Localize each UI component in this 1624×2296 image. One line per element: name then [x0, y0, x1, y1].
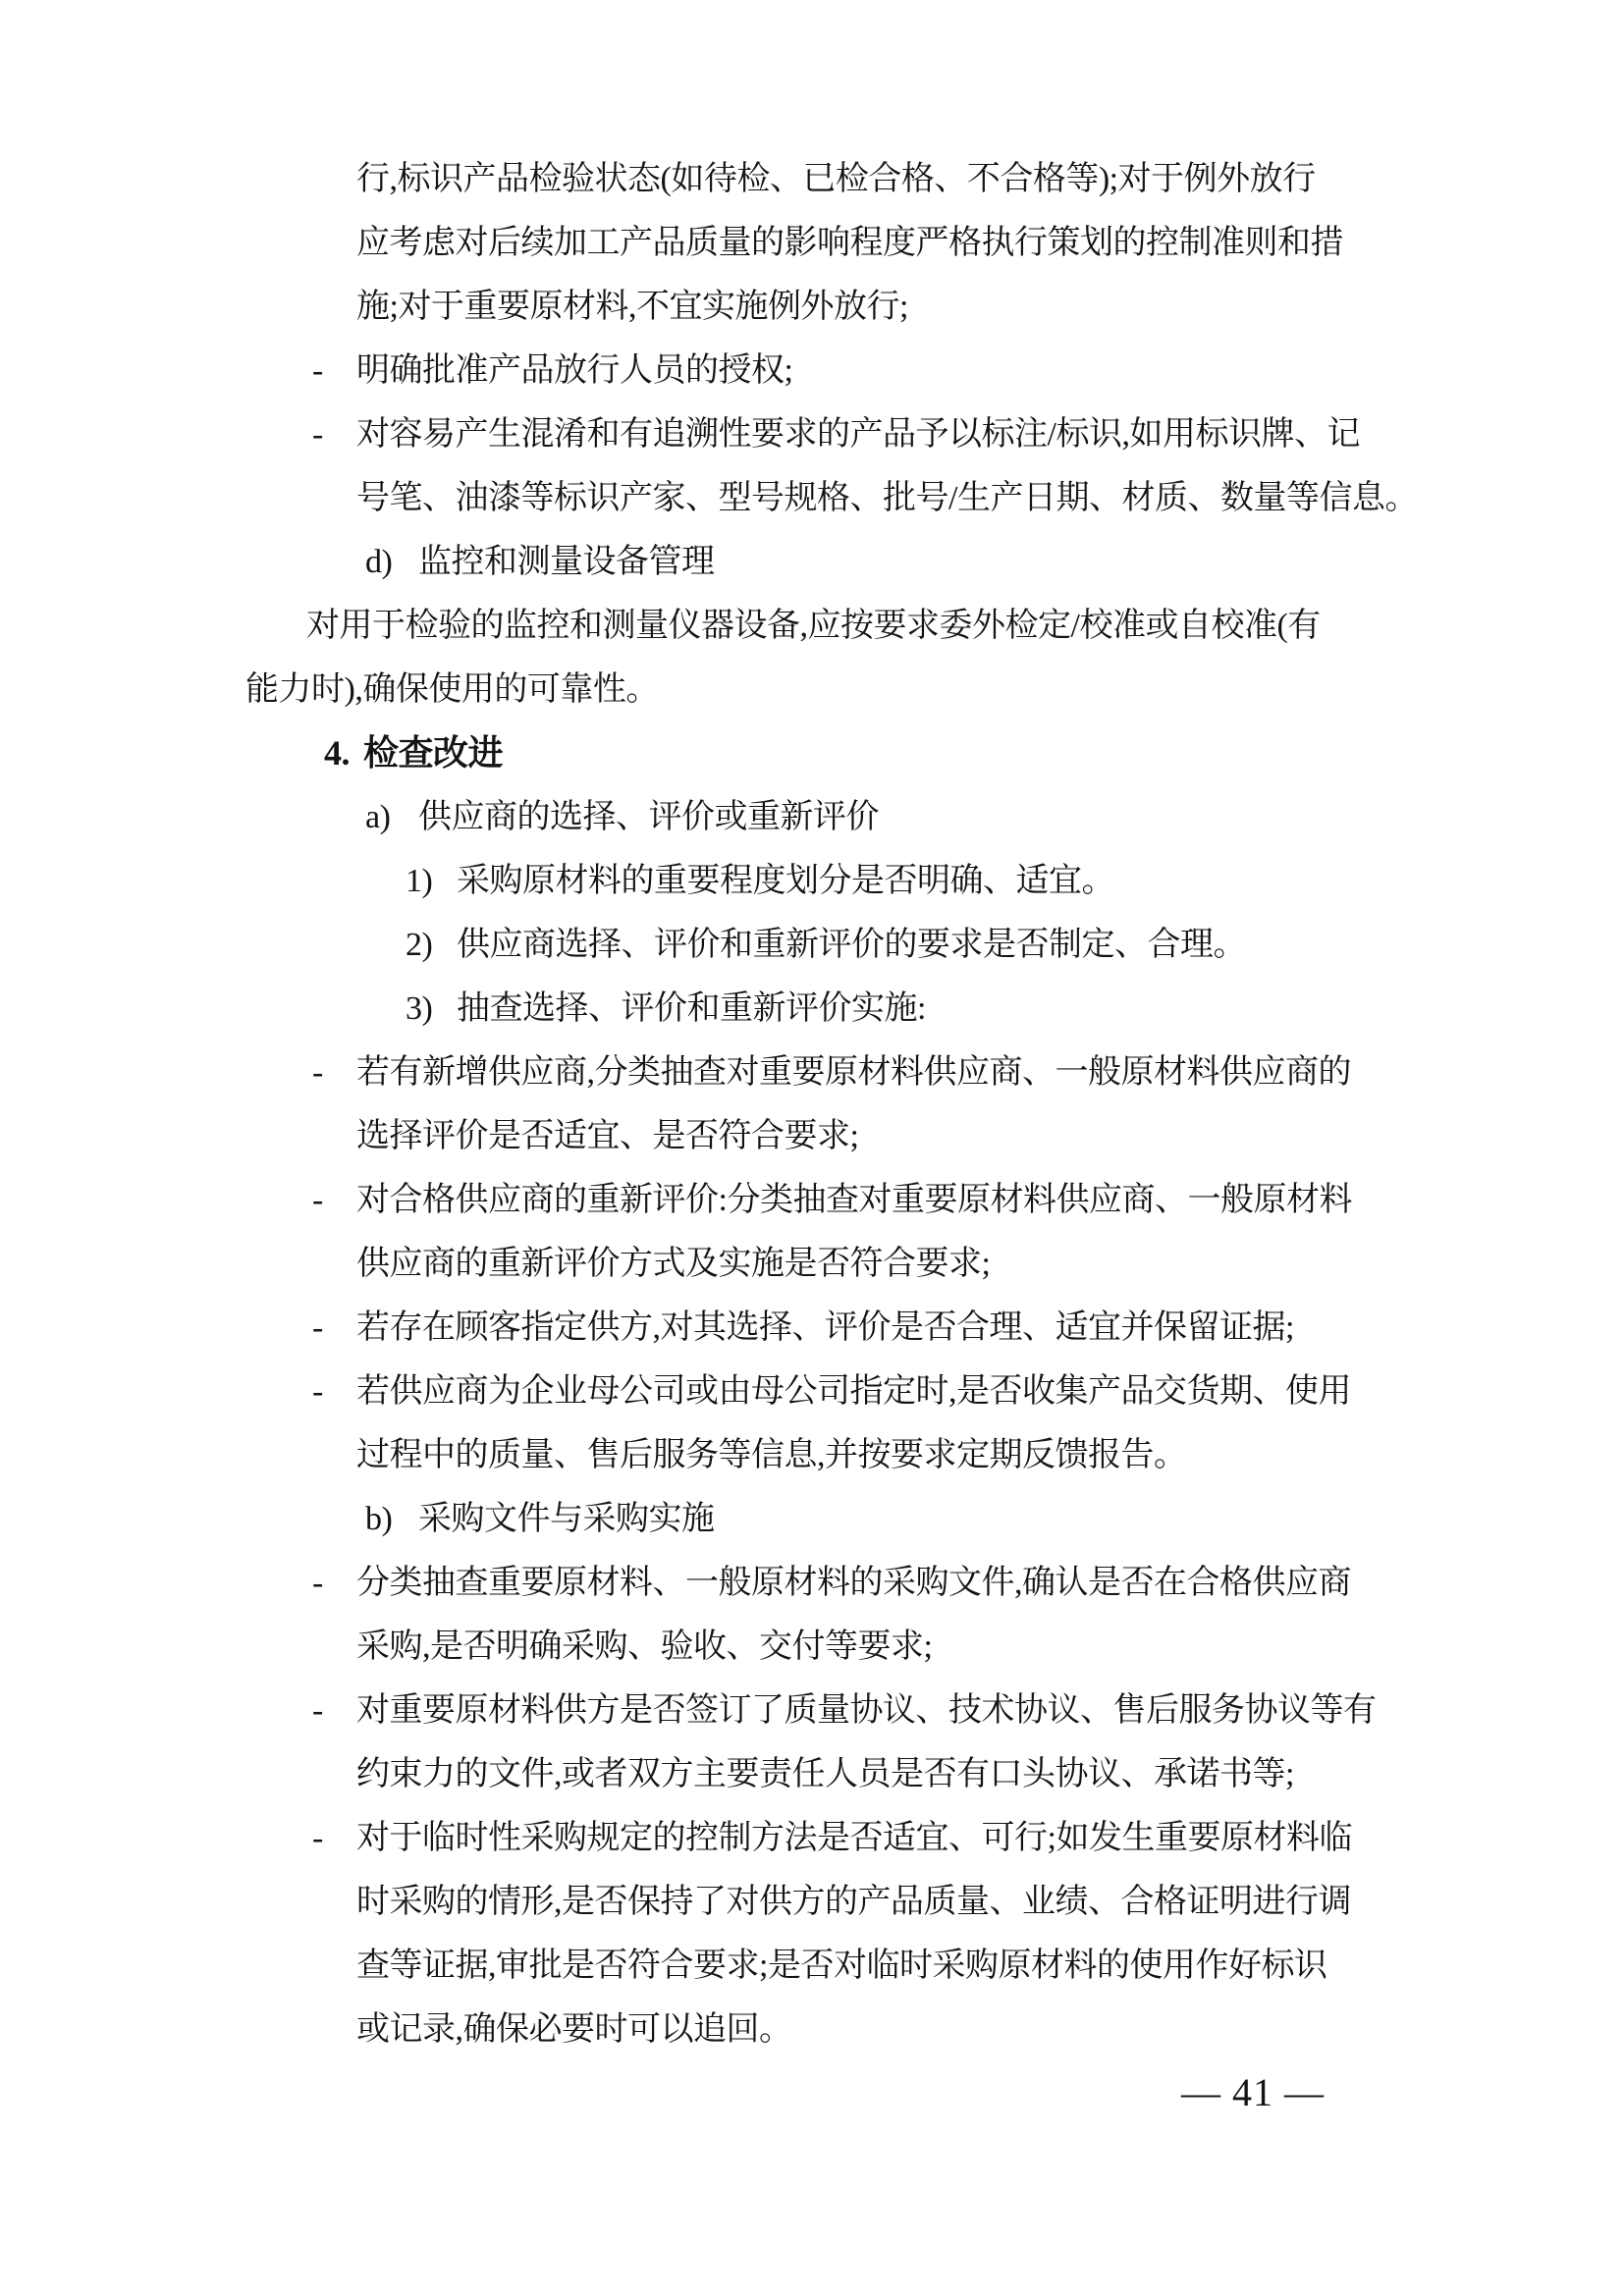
- list-marker: -: [312, 1679, 323, 1742]
- line-text: 若有新增供应商,分类抽查对重要原材料供应商、一般原材料供应商的: [356, 1054, 1351, 1091]
- document-line: 4.检查改进: [0, 721, 1624, 785]
- list-marker: -: [312, 1360, 323, 1423]
- line-text: 号笔、油漆等标识产家、型号规格、批号/生产日期、材质、数量等信息。: [356, 480, 1418, 516]
- line-text: 若供应商为企业母公司或由母公司指定时,是否收集产品交货期、使用: [356, 1373, 1351, 1410]
- line-text: 查等证据,审批是否符合要求;是否对临时采购原材料的使用作好标识: [356, 1948, 1326, 1984]
- document-line: 应考虑对后续加工产品质量的影响程度严格执行策划的控制准则和措: [0, 211, 1624, 275]
- list-marker: -: [312, 1296, 323, 1360]
- line-text: 对用于检验的监控和测量仪器设备,应按要求委外检定/校准或自校准(有: [306, 608, 1321, 644]
- document-line: -对重要原材料供方是否签订了质量协议、技术协议、售后服务协议等有: [0, 1679, 1624, 1742]
- line-text: 采购原材料的重要程度划分是否明确、适宜。: [457, 863, 1114, 899]
- list-marker: 2): [406, 913, 432, 977]
- line-text: 监控和测量设备管理: [418, 544, 715, 580]
- line-text: 分类抽查重要原材料、一般原材料的采购文件,确认是否在合格供应商: [356, 1565, 1351, 1601]
- document-line: 行,标识产品检验状态(如待检、已检合格、不合格等);对于例外放行: [0, 147, 1624, 211]
- document-line: 3)抽查选择、评价和重新评价实施:: [0, 977, 1624, 1041]
- line-text: 采购,是否明确采购、验收、交付等要求;: [356, 1629, 932, 1665]
- document-line: d)监控和测量设备管理: [0, 530, 1624, 594]
- document-line: a)供应商的选择、评价或重新评价: [0, 785, 1624, 849]
- line-text: 选择评价是否适宜、是否符合要求;: [356, 1118, 858, 1154]
- document-line: 约束力的文件,或者双方主要责任人员是否有口头协议、承诺书等;: [0, 1742, 1624, 1806]
- document-line: 或记录,确保必要时可以追回。: [0, 1998, 1624, 2061]
- list-marker: 3): [406, 977, 432, 1041]
- line-text: 过程中的质量、售后服务等信息,并按要求定期反馈报告。: [356, 1437, 1187, 1473]
- line-text: 或记录,确保必要时可以追回。: [356, 2011, 792, 2048]
- document-line: 能力时),确保使用的可靠性。: [0, 658, 1624, 721]
- document-line: -对合格供应商的重新评价:分类抽查对重要原材料供应商、一般原材料: [0, 1168, 1624, 1232]
- line-text: 供应商选择、评价和重新评价的要求是否制定、合理。: [457, 927, 1246, 963]
- list-marker: a): [365, 785, 390, 849]
- document-line: 2)供应商选择、评价和重新评价的要求是否制定、合理。: [0, 913, 1624, 977]
- document-line: -若存在顾客指定供方,对其选择、评价是否合理、适宜并保留证据;: [0, 1296, 1624, 1360]
- list-marker: d): [365, 530, 392, 594]
- line-text: 供应商的选择、评价或重新评价: [418, 799, 879, 835]
- document-line: 时采购的情形,是否保持了对供方的产品质量、业绩、合格证明进行调: [0, 1870, 1624, 1934]
- document-line: 查等证据,审批是否符合要求;是否对临时采购原材料的使用作好标识: [0, 1934, 1624, 1998]
- document-line: 对用于检验的监控和测量仪器设备,应按要求委外检定/校准或自校准(有: [0, 594, 1624, 658]
- document-line: 1)采购原材料的重要程度划分是否明确、适宜。: [0, 849, 1624, 913]
- list-marker: -: [312, 402, 323, 466]
- line-text: 行,标识产品检验状态(如待检、已检合格、不合格等);对于例外放行: [356, 161, 1316, 197]
- document-body: 行,标识产品检验状态(如待检、已检合格、不合格等);对于例外放行应考虑对后续加工…: [0, 0, 1624, 2061]
- list-marker: 1): [406, 849, 432, 913]
- document-line: 号笔、油漆等标识产家、型号规格、批号/生产日期、材质、数量等信息。: [0, 466, 1624, 530]
- document-line: b)采购文件与采购实施: [0, 1487, 1624, 1551]
- document-line: -若有新增供应商,分类抽查对重要原材料供应商、一般原材料供应商的: [0, 1041, 1624, 1104]
- document-line: 选择评价是否适宜、是否符合要求;: [0, 1104, 1624, 1168]
- line-text: 采购文件与采购实施: [418, 1501, 715, 1537]
- list-marker: -: [312, 1168, 323, 1232]
- list-marker: -: [312, 1806, 323, 1870]
- line-text: 施;对于重要原材料,不宜实施例外放行;: [356, 289, 908, 325]
- line-text: 能力时),确保使用的可靠性。: [245, 671, 659, 708]
- line-text: 明确批准产品放行人员的授权;: [356, 352, 792, 389]
- list-marker: -: [312, 1551, 323, 1615]
- line-text: 供应商的重新评价方式及实施是否符合要求;: [356, 1246, 990, 1282]
- page-number: — 41 —: [1181, 2067, 1325, 2118]
- document-line: 施;对于重要原材料,不宜实施例外放行;: [0, 275, 1624, 339]
- document-line: 采购,是否明确采购、验收、交付等要求;: [0, 1615, 1624, 1679]
- line-text: 时采购的情形,是否保持了对供方的产品质量、业绩、合格证明进行调: [356, 1884, 1351, 1920]
- heading-number: 4.: [324, 721, 350, 785]
- line-text: 检查改进: [363, 733, 503, 773]
- line-text: 约束力的文件,或者双方主要责任人员是否有口头协议、承诺书等;: [356, 1756, 1294, 1792]
- list-marker: b): [365, 1487, 392, 1551]
- document-line: -明确批准产品放行人员的授权;: [0, 339, 1624, 402]
- line-text: 对容易产生混淆和有追溯性要求的产品予以标注/标识,如用标识牌、记: [356, 416, 1360, 453]
- document-line: -对于临时性采购规定的控制方法是否适宜、可行;如发生重要原材料临: [0, 1806, 1624, 1870]
- line-text: 应考虑对后续加工产品质量的影响程度严格执行策划的控制准则和措: [356, 225, 1343, 261]
- list-marker: -: [312, 1041, 323, 1104]
- list-marker: -: [312, 339, 323, 402]
- document-line: -若供应商为企业母公司或由母公司指定时,是否收集产品交货期、使用: [0, 1360, 1624, 1423]
- line-text: 对重要原材料供方是否签订了质量协议、技术协议、售后服务协议等有: [356, 1692, 1377, 1729]
- document-line: -分类抽查重要原材料、一般原材料的采购文件,确认是否在合格供应商: [0, 1551, 1624, 1615]
- line-text: 对于临时性采购规定的控制方法是否适宜、可行;如发生重要原材料临: [356, 1820, 1352, 1856]
- document-line: 过程中的质量、售后服务等信息,并按要求定期反馈报告。: [0, 1423, 1624, 1487]
- document-line: 供应商的重新评价方式及实施是否符合要求;: [0, 1232, 1624, 1296]
- line-text: 抽查选择、评价和重新评价实施:: [457, 990, 926, 1027]
- line-text: 对合格供应商的重新评价:分类抽查对重要原材料供应商、一般原材料: [356, 1182, 1352, 1218]
- line-text: 若存在顾客指定供方,对其选择、评价是否合理、适宜并保留证据;: [356, 1309, 1294, 1346]
- document-line: -对容易产生混淆和有追溯性要求的产品予以标注/标识,如用标识牌、记: [0, 402, 1624, 466]
- document-page: 行,标识产品检验状态(如待检、已检合格、不合格等);对于例外放行应考虑对后续加工…: [0, 0, 1624, 2296]
